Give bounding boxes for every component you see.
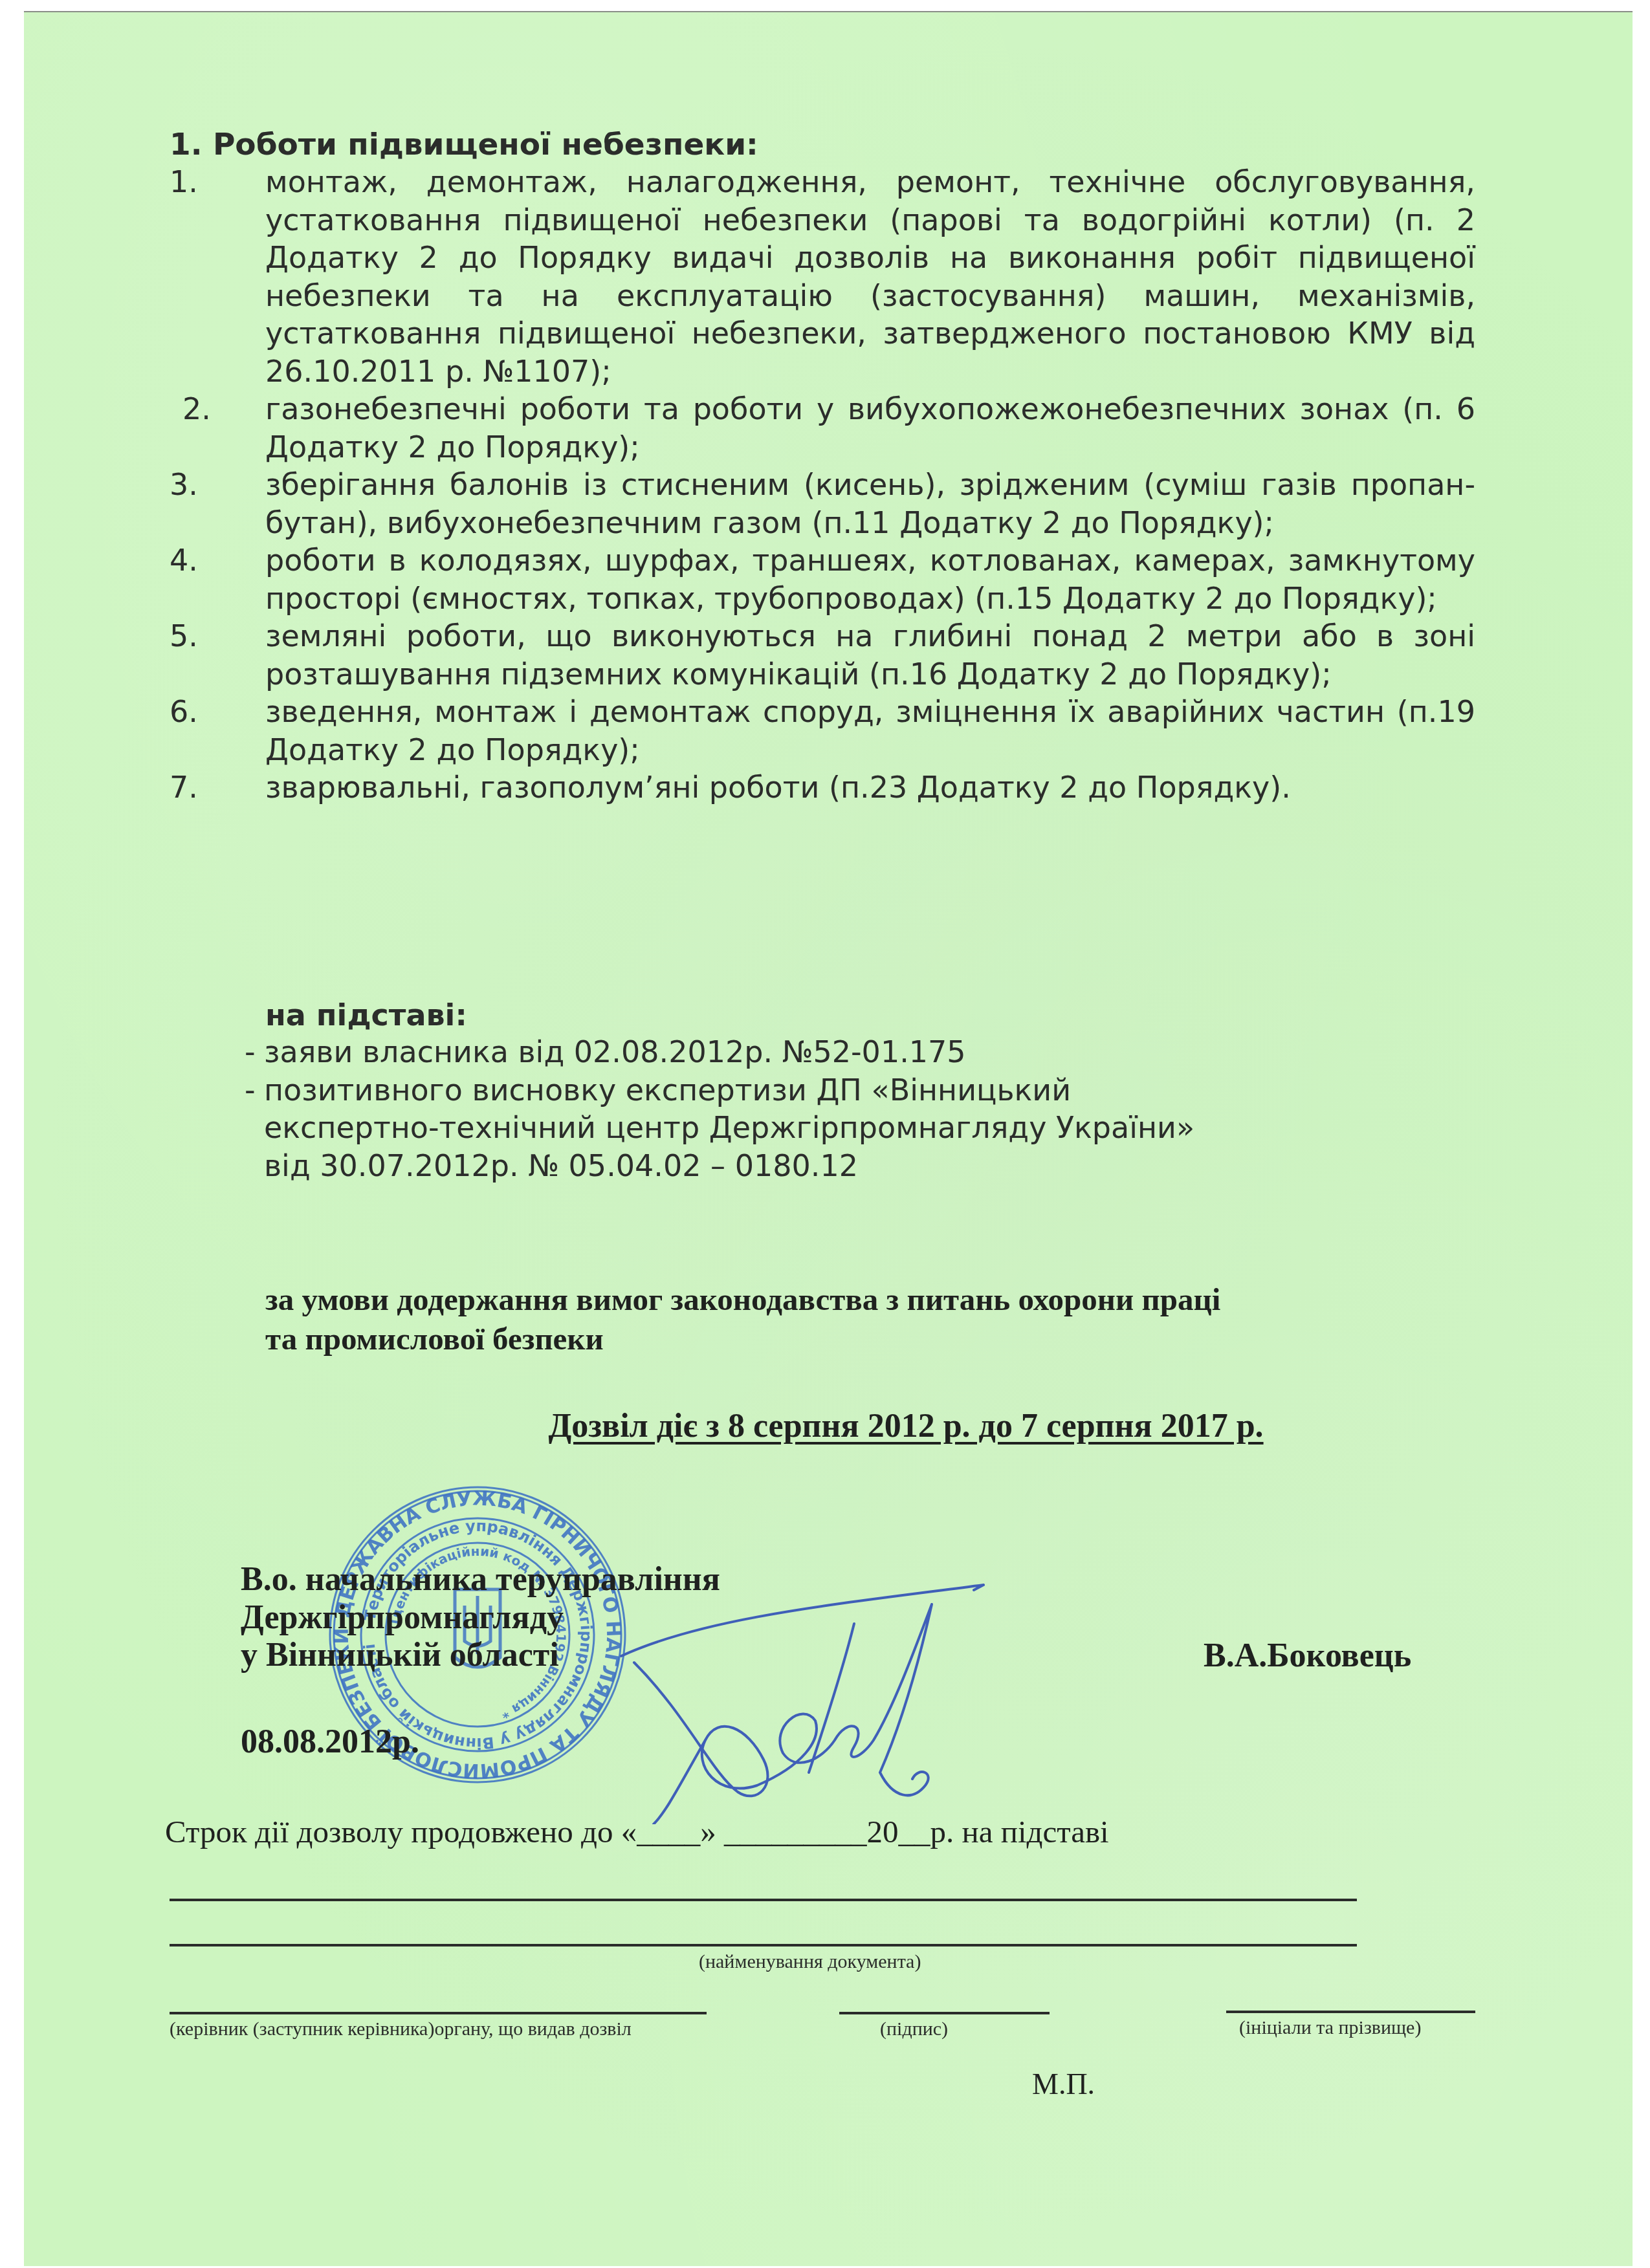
basis-entry-text: позитивного висновку експертизи ДП «Вінн…: [264, 1073, 1194, 1183]
basis-title: на підставі:: [265, 996, 467, 1034]
signer-name: В.А.Боковець: [1204, 1637, 1411, 1675]
signature-line[interactable]: [839, 2012, 1050, 2014]
signer-position: В.о. начальника теруправління Держгірпро…: [241, 1561, 720, 1675]
list-item: 7. зварювальні, газополум’яні роботи (п.…: [170, 769, 1475, 807]
list-item: 5. земляні роботи, що виконуються на гли…: [170, 617, 1475, 693]
list-item-text: монтаж, демонтаж, налагодження, ремонт, …: [265, 163, 1475, 390]
list-item: 6. зведення, монтаж і демонтаж споруд, з…: [170, 693, 1475, 769]
list-item-text: газонебезпечні роботи та роботи у вибухо…: [265, 390, 1475, 466]
list-item: 2. газонебезпечні роботи та роботи у виб…: [170, 390, 1475, 466]
head-name-line[interactable]: [170, 2012, 707, 2014]
extension-suffix: р. на підставі: [930, 1814, 1108, 1849]
seal-place-label: М.П.: [1032, 2067, 1095, 2101]
condition-line: за умови додержання вимог законодавства …: [265, 1280, 1462, 1319]
basis-entry: - позитивного висновку експертизи ДП «Ві…: [245, 1071, 1196, 1185]
signer-line: у Вінницькій області: [241, 1637, 720, 1675]
basis-doc-line-2[interactable]: [170, 1944, 1357, 1946]
list-item: 3. зберігання балонів із стисненим (кисе…: [170, 466, 1475, 541]
list-item-number: 5.: [170, 617, 198, 655]
extension-line: Строк дії дозволу продовжено до «____» _…: [165, 1813, 1109, 1850]
list-item-number: 4.: [170, 541, 198, 580]
extension-mid: »: [700, 1814, 724, 1849]
basis-doc-line-1[interactable]: [170, 1899, 1357, 1901]
signer-line: В.о. начальника теруправління: [241, 1561, 720, 1599]
extension-day-blank[interactable]: ____: [637, 1814, 700, 1849]
validity-statement: Дозвіл діє з 8 серпня 2012 р. до 7 серпн…: [0, 1407, 1650, 1445]
section-title: 1. Роботи підвищеної небезпеки:: [170, 126, 758, 164]
extension-month-blank[interactable]: _________: [724, 1814, 867, 1849]
dash-bullet: -: [245, 1071, 256, 1109]
head-caption: (керівник (заступник керівника)органу, щ…: [170, 2018, 632, 2040]
list-item-text: зведення, монтаж і демонтаж споруд, зміц…: [265, 693, 1475, 769]
list-item: 4. роботи в колодязях, шурфах, траншеях,…: [170, 541, 1475, 617]
condition-text: за умови додержання вимог законодавства …: [265, 1280, 1462, 1358]
list-item-number: 6.: [170, 693, 198, 731]
basis-list: - заяви власника від 02.08.2012р. №52-01…: [245, 1033, 1474, 1184]
basis-entry-text: заяви власника від 02.08.2012р. №52-01.1…: [264, 1034, 966, 1069]
list-item-text: земляні роботи, що виконуються на глибин…: [265, 617, 1475, 693]
extension-prefix: Строк дії дозволу продовжено до «: [165, 1814, 637, 1849]
list-item-number: 2.: [182, 390, 211, 428]
signature-caption: (підпис): [880, 2018, 948, 2040]
dash-bullet: -: [245, 1033, 256, 1071]
list-item-number: 3.: [170, 466, 198, 504]
basis-entry: - заяви власника від 02.08.2012р. №52-01…: [245, 1033, 1474, 1071]
signing-date: 08.08.2012р.: [241, 1723, 419, 1761]
extension-year-blank[interactable]: __: [898, 1814, 930, 1849]
extension-year-prefix: 20: [866, 1814, 898, 1849]
hazard-works-list: 1. монтаж, демонтаж, налагодження, ремон…: [170, 163, 1475, 807]
initials-line[interactable]: [1226, 2011, 1475, 2013]
validity-text: Дозвіл діє з 8 серпня 2012 р. до 7 серпн…: [386, 1408, 1263, 1445]
list-item-text: роботи в колодязях, шурфах, траншеях, ко…: [265, 541, 1475, 617]
list-item: 1. монтаж, демонтаж, налагодження, ремон…: [170, 163, 1475, 390]
doc-name-caption: (найменування документа): [699, 1951, 921, 1973]
list-item-text: зберігання балонів із стисненим (кисень)…: [265, 466, 1475, 541]
list-item-text: зварювальні, газополум’яні роботи (п.23 …: [265, 769, 1475, 807]
initials-caption: (ініціали та прізвище): [1239, 2017, 1421, 2039]
list-item-number: 1.: [170, 163, 198, 201]
condition-line: та промислової безпеки: [265, 1319, 1462, 1358]
signer-line: Держгірпромнагляду: [241, 1599, 720, 1637]
list-item-number: 7.: [170, 769, 198, 807]
